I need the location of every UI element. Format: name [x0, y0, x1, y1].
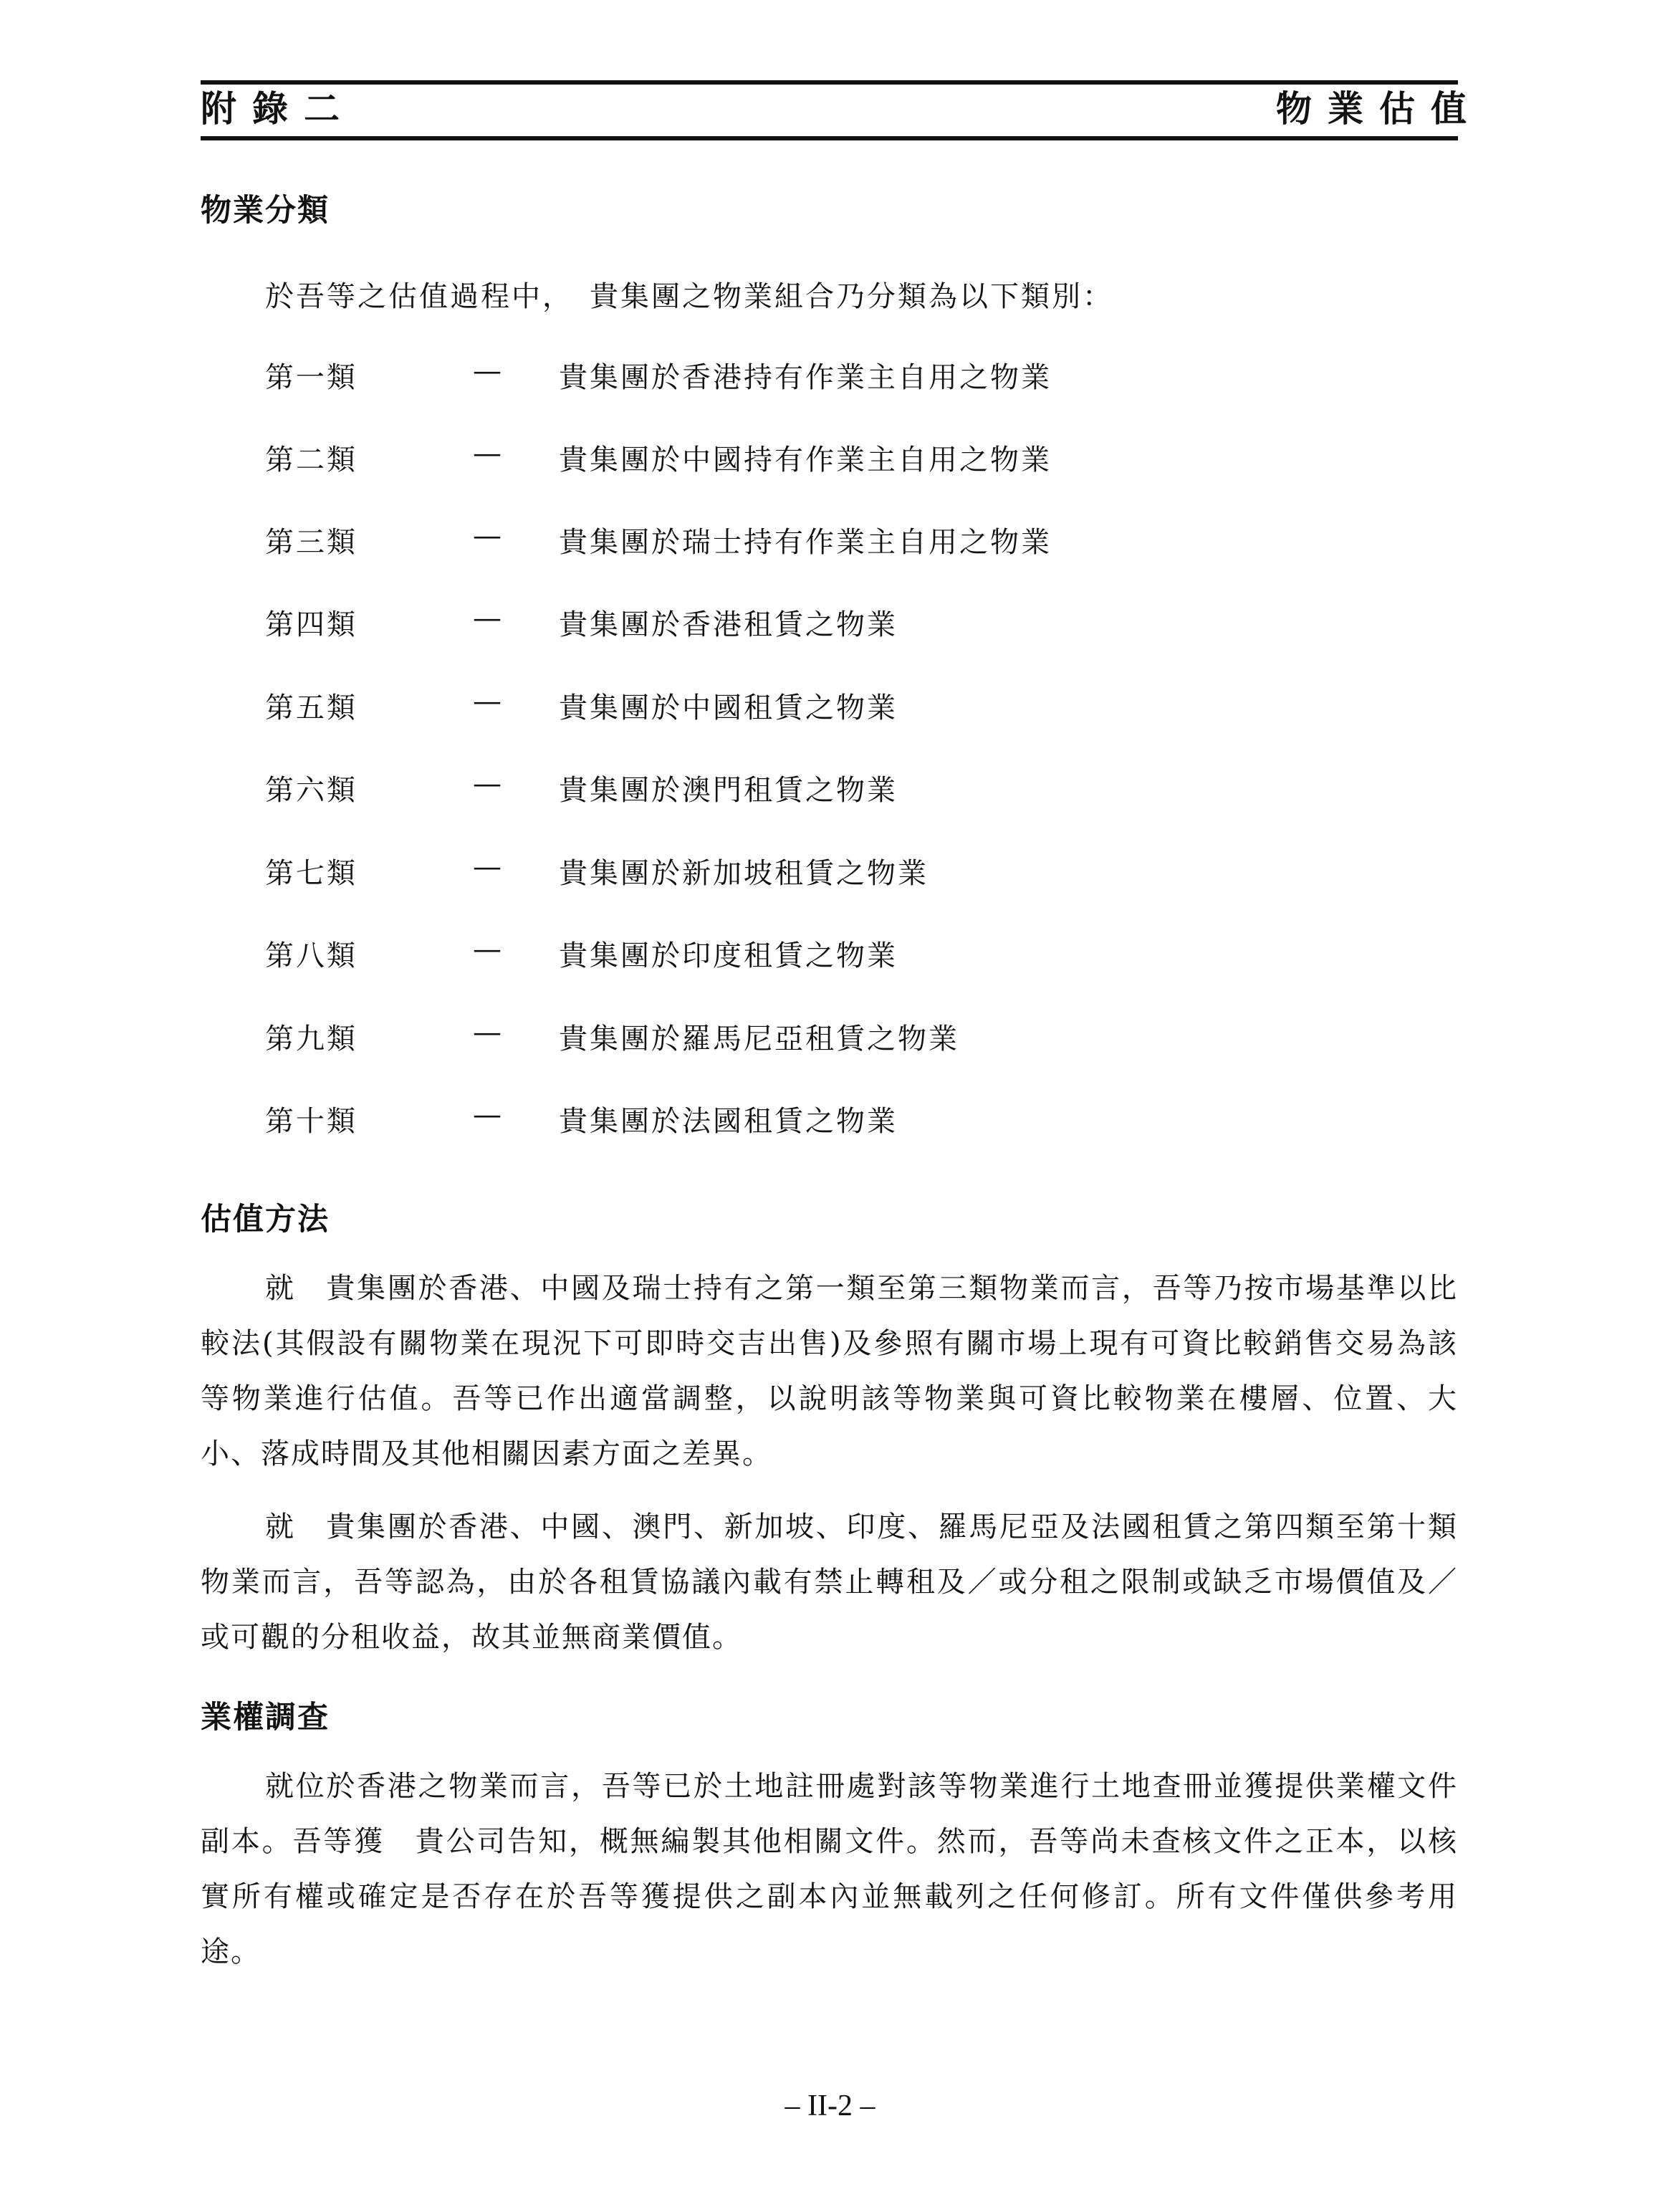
section-title-title-investigation: 業權調查	[201, 1693, 330, 1737]
category-row: 第十類 — 貴集團於法國租賃之物業	[265, 1098, 1268, 1141]
category-name: 第四類	[265, 602, 358, 643]
category-description: 貴集團於瑞士持有作業主自用之物業	[559, 520, 1052, 560]
category-description: 貴集團於羅馬尼亞租賃之物業	[559, 1016, 959, 1057]
category-dash: —	[473, 933, 504, 966]
category-description: 貴集團於香港租賃之物業	[559, 602, 898, 643]
category-dash: —	[473, 355, 504, 388]
category-row: 第二類 — 貴集團於中國持有作業主自用之物業	[265, 437, 1268, 480]
category-name: 第三類	[265, 520, 358, 560]
category-row: 第六類 — 貴集團於澳門租賃之物業	[265, 767, 1268, 810]
classification-intro: 於吾等之估值過程中， 貴集團之物業組合乃分類為以下類別：	[265, 274, 1113, 315]
category-description: 貴集團於新加坡租賃之物業	[559, 851, 929, 891]
category-dash: —	[473, 685, 504, 718]
category-row: 第三類 — 貴集團於瑞士持有作業主自用之物業	[265, 520, 1268, 562]
category-name: 第七類	[265, 851, 358, 891]
category-description: 貴集團於香港持有作業主自用之物業	[559, 355, 1052, 396]
category-dash: —	[473, 602, 504, 635]
category-name: 第五類	[265, 685, 358, 726]
category-description: 貴集團於印度租賃之物業	[559, 933, 898, 974]
category-dash: —	[473, 437, 504, 470]
category-description: 貴集團於法國租賃之物業	[559, 1098, 898, 1139]
category-row: 第一類 — 貴集團於香港持有作業主自用之物業	[265, 355, 1268, 398]
page-number: – II-2 –	[0, 2089, 1660, 2123]
category-row: 第七類 — 貴集團於新加坡租賃之物業	[265, 851, 1268, 894]
category-name: 第十類	[265, 1098, 358, 1139]
section-title-valuation-method: 估值方法	[201, 1195, 330, 1239]
category-row: 第九類 — 貴集團於羅馬尼亞租賃之物業	[265, 1016, 1268, 1059]
category-dash: —	[473, 1098, 504, 1131]
section-title-classification: 物業分類	[201, 186, 330, 230]
category-dash: —	[473, 767, 504, 800]
category-row: 第五類 — 貴集團於中國租賃之物業	[265, 685, 1268, 728]
category-row: 第八類 — 貴集團於印度租賃之物業	[265, 933, 1268, 976]
header-bottom-rule	[201, 136, 1458, 140]
category-row: 第四類 — 貴集團於香港租賃之物業	[265, 602, 1268, 645]
appendix-title: 物業估值	[1276, 87, 1482, 130]
valuation-paragraph-2: 就 貴集團於香港、中國、澳門、新加坡、印度、羅馬尼亞及法國租賃之第四類至第十類物…	[201, 1500, 1458, 1665]
category-name: 第六類	[265, 767, 358, 808]
category-dash: —	[473, 520, 504, 552]
category-dash: —	[473, 1016, 504, 1049]
category-dash: —	[473, 851, 504, 884]
category-name: 第九類	[265, 1016, 358, 1057]
category-description: 貴集團於中國持有作業主自用之物業	[559, 437, 1052, 478]
category-description: 貴集團於澳門租賃之物業	[559, 767, 898, 808]
category-name: 第一類	[265, 355, 358, 396]
category-name: 第八類	[265, 933, 358, 974]
appendix-label: 附錄二	[201, 87, 355, 130]
category-description: 貴集團於中國租賃之物業	[559, 685, 898, 726]
category-name: 第二類	[265, 437, 358, 478]
title-paragraph-1: 就位於香港之物業而言，吾等已於土地註冊處對該等物業進行土地查冊並獲提供業權文件副…	[201, 1759, 1458, 1980]
valuation-paragraph-1: 就 貴集團於香港、中國及瑞士持有之第一類至第三類物業而言，吾等乃按市場基準以比較…	[201, 1261, 1458, 1482]
header-top-rule	[201, 80, 1458, 85]
